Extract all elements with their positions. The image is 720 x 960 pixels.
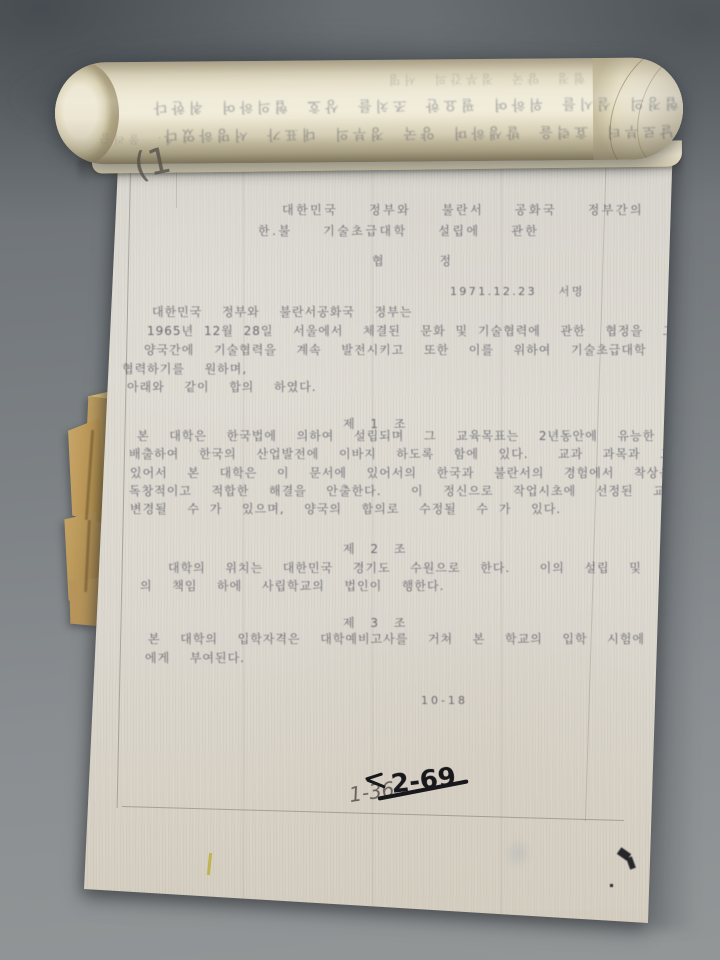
pen-strike-line	[378, 779, 469, 800]
handwritten-pen-number: 2-69	[389, 762, 457, 800]
article-3-line: 에게 부여된다.	[145, 652, 245, 664]
article-3-heading: 제 3 조	[343, 617, 407, 629]
article-2-line: 대학의 위치는 대한민국 경기도 수원으로 한다. 이의 설립 및 운영은 한국…	[168, 562, 720, 574]
pen-tail-stroke	[365, 772, 383, 780]
title-line-3: 협 정	[372, 255, 454, 267]
kraft-folded-tab-upper	[63, 418, 105, 524]
article-1-line: 독창적이고 적합한 해결을 안출한다. 이 정신으로 작업시초에 선정된 교과 …	[129, 485, 720, 497]
article-2-heading: 제 2 조	[343, 543, 407, 555]
frame-line-left	[117, 168, 131, 808]
ink-speck	[610, 884, 613, 887]
article-1-line: 본 대학은 한국법에 의하여 설립되며 그 교육목표는 2년동안에 유능한 기술…	[137, 430, 720, 442]
signature-date: 1971.12.23 서명	[450, 286, 585, 297]
blue-stain	[505, 838, 531, 868]
paper-streak	[501, 150, 502, 920]
article-3-line: 본 대학의 입학자격은 대학예비고사를 거쳐 본 학교의 입학 시험에 합격한 …	[148, 633, 720, 645]
ink-smudge	[617, 847, 631, 860]
preamble-line: 협력하기를 원하며,	[122, 363, 247, 375]
yellow-fleck	[207, 853, 212, 875]
preamble-line: 대한민국 정부와 불란서공화국 정부는	[152, 306, 412, 318]
page-number: 10-18	[421, 695, 468, 706]
paper-streak	[243, 166, 244, 916]
paper-streak	[372, 160, 373, 920]
preamble-line: 1965년 12월 28일 서울에서 체결된 문화 및 기술협력에 관한 협정을…	[147, 325, 718, 337]
pen-tail-stroke	[366, 778, 385, 788]
article-1-line: 변경될 수 가 있으며, 양국의 합의로 수정될 수 가 있다.	[130, 503, 561, 515]
preamble-line: 양국간에 기술협력을 계속 발전시키고 또한 이를 위하여 기술초급대학 설립에	[144, 344, 704, 356]
frame-line-bottom	[122, 806, 624, 821]
frame-line-right	[585, 150, 607, 822]
article-2-line: 의 책임 하에 사립학교의 법인이 행한다.	[140, 580, 444, 592]
preamble-line: 아래와 같이 합의 하였다.	[127, 381, 317, 393]
ink-smudge	[626, 856, 636, 869]
title-line-2: 한.불 기술초급대학 설립에 관한	[258, 225, 539, 237]
handwritten-pencil-number: 1-36	[348, 777, 396, 807]
article-1-heading: 제 1 조	[343, 418, 407, 430]
article-1-line: 있어서 본 대학은 이 문서에 있어서의 한국과 불란서의 경험에서 착상을 얻…	[130, 467, 717, 479]
photo-of-agreement-document: 대한민국 정부와 불란서 공화국 정부간의 한.불 기술초급대학 설립에 관한 …	[0, 0, 720, 960]
title-line-1: 대한민국 정부와 불란서 공화국 정부간의	[282, 204, 644, 216]
article-1-line: 배출하여 한국의 산업발전에 이바지 하도록 함에 있다. 교과 과목과 교육방…	[129, 448, 720, 460]
